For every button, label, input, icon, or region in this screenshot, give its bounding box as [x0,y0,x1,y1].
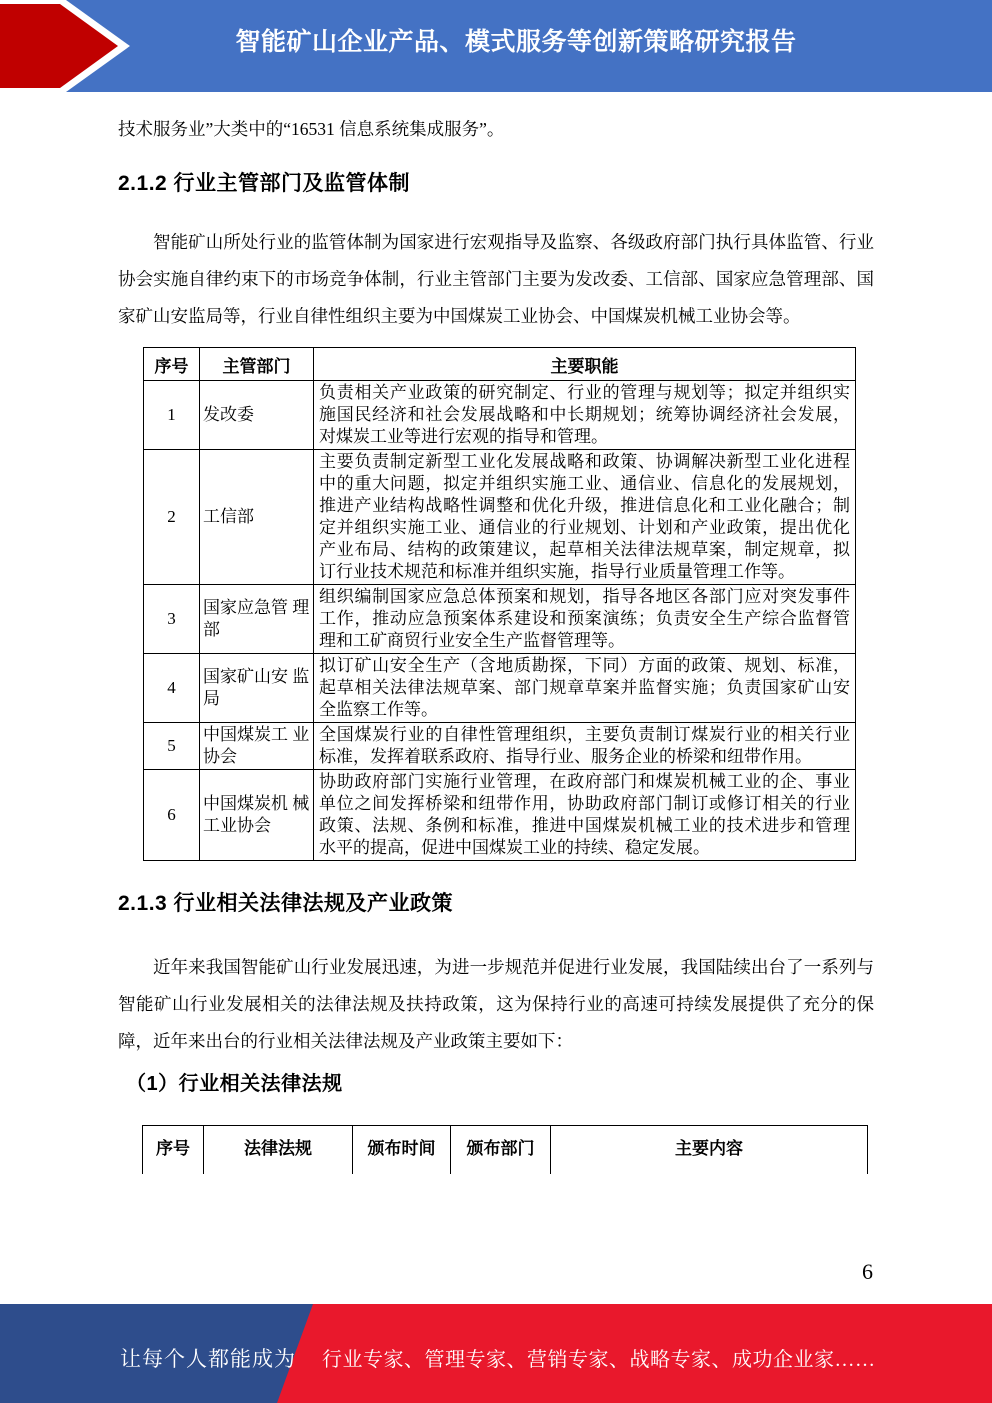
footer-slogan-left: 让每个人都能成为 [120,1304,296,1403]
table-row: 3 国家应急管 理部 组织编制国家应急总体预案和规划，指导各地区各部门应对突发事… [144,585,856,654]
regulators-table: 序号 主管部门 主要职能 1 发改委 负责相关产业政策的研究制定、行业的管理与规… [143,347,856,861]
row-org: 工信部 [200,450,314,585]
section-heading-2-1-2: 2.1.2 行业主管部门及监管体制 [118,171,874,196]
laws-col-law: 法律法规 [204,1126,353,1175]
section-2-1-3-paragraph: 近年来我国智能矿山行业发展迅速，为进一步规范并促进行业发展，我国陆续出台了一系列… [118,949,874,1060]
report-title: 智能矿山企业产品、模式服务等创新策略研究报告 [235,22,796,58]
row-org: 国家矿山安 监局 [200,654,314,723]
row-no: 3 [144,585,200,654]
row-no: 2 [144,450,200,585]
table-row: 4 国家矿山安 监局 拟订矿山安全生产（含地质勘探，下同）方面的政策、规划、标准… [144,654,856,723]
laws-col-no: 序号 [143,1126,204,1175]
footer-banner: 让每个人都能成为 行业专家、管理专家、营销专家、战略专家、成功企业家…… [0,1304,992,1403]
page-number: 6 [862,1259,873,1285]
row-org: 国家应急管 理部 [200,585,314,654]
laws-table: 序号 法律法规 颁布时间 颁布部门 主要内容 [142,1125,868,1174]
document-page: 智能矿山企业产品、模式服务等创新策略研究报告 技术服务业”大类中的“16531 … [0,0,992,1403]
laws-col-content: 主要内容 [551,1126,868,1175]
page-body: 技术服务业”大类中的“16531 信息系统集成服务”。 2.1.2 行业主管部门… [0,117,992,1174]
row-org: 中国煤炭机 械工业协会 [200,770,314,861]
section-heading-2-1-3: 2.1.3 行业相关法律法规及产业政策 [118,891,874,916]
laws-col-date: 颁布时间 [353,1126,451,1175]
red-arrow-icon [0,0,135,92]
row-duty: 协助政府部门实施行业管理，在政府部门和煤炭机械工业的企、事业 单位之间发挥桥梁和… [314,770,856,861]
subsection-heading-laws: （1）行业相关法律法规 [126,1072,874,1096]
table-row: 1 发改委 负责相关产业政策的研究制定、行业的管理与规划等；拟定并组织实 施国民… [144,381,856,450]
regulators-col-duty: 主要职能 [314,348,856,381]
row-duty: 组织编制国家应急总体预案和规划，指导各地区各部门应对突发事件 工作，推动应急预案… [314,585,856,654]
row-org: 发改委 [200,381,314,450]
row-org: 中国煤炭工 业协会 [200,723,314,770]
row-duty: 拟订矿山安全生产（含地质勘探，下同）方面的政策、规划、标准， 起草相关法律法规草… [314,654,856,723]
intro-line: 技术服务业”大类中的“16531 信息系统集成服务”。 [118,117,874,141]
laws-table-header-row: 序号 法律法规 颁布时间 颁布部门 主要内容 [143,1126,868,1175]
regulators-table-header-row: 序号 主管部门 主要职能 [144,348,856,381]
regulators-col-no: 序号 [144,348,200,381]
laws-col-dept: 颁布部门 [451,1126,551,1175]
regulators-col-org: 主管部门 [200,348,314,381]
row-no: 1 [144,381,200,450]
row-no: 5 [144,723,200,770]
row-duty: 全国煤炭行业的自律性管理组织，主要负责制订煤炭行业的相关行业 标准，发挥着联系政… [314,723,856,770]
row-duty: 主要负责制定新型工业化发展战略和政策、协调解决新型工业化进程 中的重大问题，拟定… [314,450,856,585]
table-row: 5 中国煤炭工 业协会 全国煤炭行业的自律性管理组织，主要负责制订煤炭行业的相关… [144,723,856,770]
section-2-1-2-paragraph: 智能矿山所处行业的监管体制为国家进行宏观指导及监察、各级政府部门执行具体监管、行… [118,224,874,335]
page-header-banner: 智能矿山企业产品、模式服务等创新策略研究报告 [0,0,992,92]
row-no: 6 [144,770,200,861]
row-no: 4 [144,654,200,723]
row-duty: 负责相关产业政策的研究制定、行业的管理与规划等；拟定并组织实 施国民经济和社会发… [314,381,856,450]
table-row: 2 工信部 主要负责制定新型工业化发展战略和政策、协调解决新型工业化进程 中的重… [144,450,856,585]
table-row: 6 中国煤炭机 械工业协会 协助政府部门实施行业管理，在政府部门和煤炭机械工业的… [144,770,856,861]
footer-slogan-right: 行业专家、管理专家、营销专家、战略专家、成功企业家…… [322,1304,876,1403]
